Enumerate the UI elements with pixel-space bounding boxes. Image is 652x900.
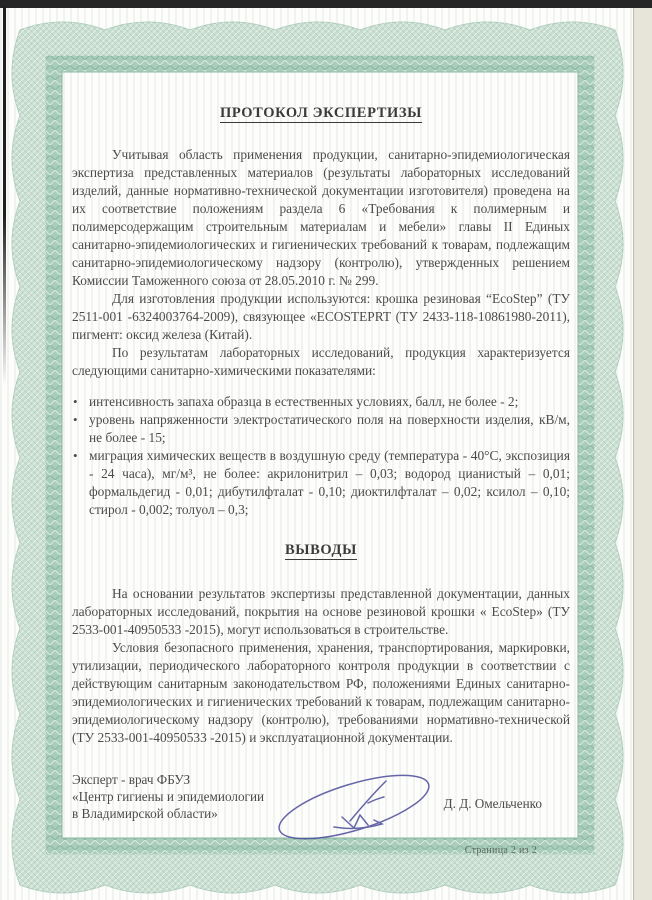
scan-edge-top bbox=[0, 0, 652, 8]
document-title-text: ПРОТОКОЛ ЭКСПЕРТИЗЫ bbox=[220, 105, 422, 123]
signature-block: Эксперт - врач ФБУЗ «Центр гигиены и эпи… bbox=[72, 771, 570, 841]
indicator-text: уровень напряженности электростатическог… bbox=[89, 412, 570, 445]
list-item: • миграция химических веществ в воздушну… bbox=[72, 447, 570, 519]
document-title: ПРОТОКОЛ ЭКСПЕРТИЗЫ bbox=[72, 104, 570, 122]
list-item: • интенсивность запаха образца в естеств… bbox=[72, 393, 570, 411]
materials-paragraph: Для изготовления продукции используются:… bbox=[72, 290, 570, 344]
document-body: ПРОТОКОЛ ЭКСПЕРТИЗЫ Учитывая область при… bbox=[72, 104, 570, 841]
intro-paragraph: Учитывая область применения продукции, с… bbox=[72, 146, 570, 290]
conclusions-title: ВЫВОДЫ bbox=[72, 541, 570, 559]
list-item: • уровень напряженности электростатическ… bbox=[72, 411, 570, 447]
scanner-background-strip bbox=[633, 0, 652, 900]
conclusions-paragraph-2: Условия безопасного применения, хранения… bbox=[72, 639, 570, 747]
bullet-icon: • bbox=[73, 447, 78, 465]
conclusions-title-text: ВЫВОДЫ bbox=[285, 542, 357, 560]
scan-edge-left bbox=[3, 6, 6, 386]
indicator-text: интенсивность запаха образца в естествен… bbox=[89, 394, 518, 409]
page-number-label: Страница 2 из 2 bbox=[465, 845, 537, 856]
conclusions-paragraph-1: На основании результатов экспертизы пред… bbox=[72, 585, 570, 639]
bullet-icon: • bbox=[73, 393, 78, 411]
indicator-list: • интенсивность запаха образца в естеств… bbox=[72, 393, 570, 519]
scanned-document: ПРОТОКОЛ ЭКСПЕРТИЗЫ Учитывая область при… bbox=[0, 0, 652, 900]
handwritten-signature bbox=[264, 755, 444, 855]
certificate-page: ПРОТОКОЛ ЭКСПЕРТИЗЫ Учитывая область при… bbox=[0, 0, 633, 900]
expert-name: Д. Д. Омельченко bbox=[444, 795, 542, 813]
bullet-icon: • bbox=[73, 411, 78, 429]
indicator-text: миграция химических веществ в воздушную … bbox=[89, 448, 570, 517]
results-lead-paragraph: По результатам лабораторных исследований… bbox=[72, 344, 570, 380]
